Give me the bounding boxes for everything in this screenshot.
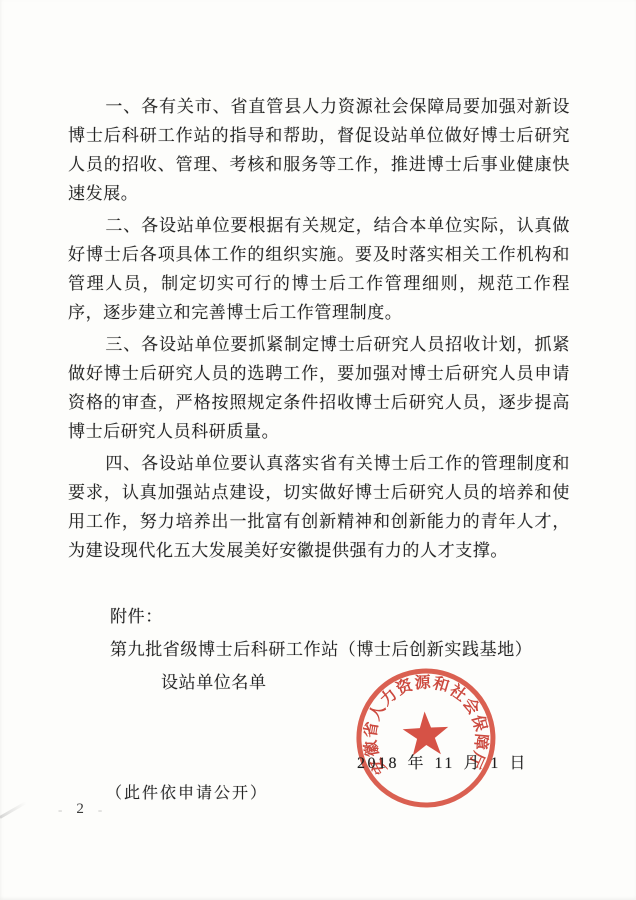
page-number-dash-left: -	[58, 802, 62, 818]
page-number-value: 2	[76, 801, 84, 818]
paragraph-1: 一、各有关市、省直管县人力资源社会保障局要加强对新设博士后科研工作站的指导和帮助…	[68, 92, 570, 208]
attachment-label: 附件：	[110, 607, 163, 626]
document-body: 一、各有关市、省直管县人力资源社会保障局要加强对新设博士后科研工作站的指导和帮助…	[68, 92, 570, 568]
page-number-dash-right: -	[98, 802, 102, 818]
paragraph-3: 三、各设站单位要抓紧制定博士后研究人员招收计划，抓紧做好博士后研究人员的选聘工作…	[68, 330, 570, 446]
attachment-title-line1: 第九批省级博士后科研工作站（博士后创新实践基地）	[110, 640, 532, 659]
scanned-document-page: 一、各有关市、省直管县人力资源社会保障局要加强对新设博士后科研工作站的指导和帮助…	[0, 0, 636, 900]
attachment-block: 附件：第九批省级博士后科研工作站（博士后创新实践基地） 设站单位名单	[110, 600, 580, 699]
page-number: - 2 -	[58, 801, 102, 818]
official-seal-graphic: 安徽省人力资源和社会保障厅	[346, 659, 506, 819]
scan-artifact	[0, 801, 27, 819]
official-seal: 安徽省人力资源和社会保障厅	[346, 659, 506, 819]
paragraph-2: 二、各设站单位要根据有关规定，结合本单位实际，认真做好博士后各项具体工作的组织实…	[68, 211, 570, 327]
issue-date: 2018 年 11 月 1 日	[357, 750, 528, 773]
paragraph-4: 四、各设站单位要认真落实省有关博士后工作的管理制度和要求，认真加强站点建设，切实…	[68, 449, 570, 565]
disclosure-note: （此件依申请公开）	[106, 780, 268, 803]
